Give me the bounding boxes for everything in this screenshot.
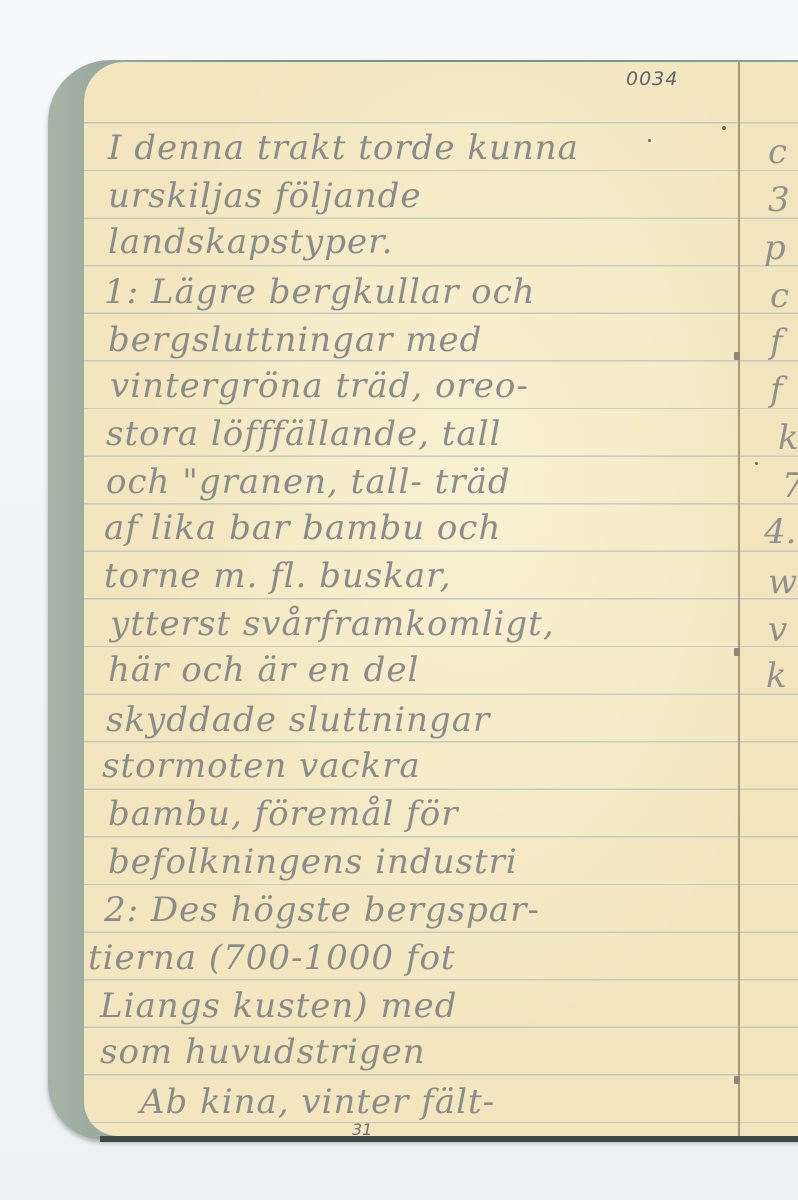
handwritten-line-14: stormoten vackra [102,746,421,786]
handwritten-line-20: som huvudstrigen [100,1032,426,1072]
binding-staple-top [734,352,740,360]
page-stamp-number: 0034 [626,68,678,90]
right-page-fragment: 4. [764,512,796,552]
right-page-fragment: f [770,370,783,410]
right-page-fragment: v [768,610,787,650]
handwritten-line-3: landskapstyper. [108,222,393,262]
right-page-fragment: 7 [782,466,798,506]
right-page-fragment: f [770,322,783,362]
handwritten-line-1: I denna trakt torde kunna [108,128,579,168]
binding-staple-mid [734,648,740,656]
handwritten-line-9: af lika bar bambu och [104,508,501,548]
right-page-fragment: w [768,562,797,602]
right-page-fragment: c [768,132,787,172]
handwritten-line-10: torne m. fl. buskar, [104,556,451,596]
handwritten-line-21: Ab kina, vinter fält- [140,1082,495,1122]
paper-fleck [648,139,651,142]
handwritten-line-13: skyddade sluttningar [106,700,490,740]
right-page-fragment: c [770,276,789,316]
notebook-bottom-edge [100,1136,798,1142]
handwritten-line-8: och "granen, tall- träd [106,462,511,502]
right-page-fragment: 3 [768,180,790,220]
handwritten-line-12: här och är en del [108,650,419,690]
paper-fleck [755,462,758,465]
handwritten-line-19: Liangs kusten) med [100,986,457,1026]
right-page-fragment: k [778,418,798,458]
handwritten-line-4: 1: Lägre bergkullar och [104,272,536,312]
right-page-fragment: k [766,656,787,696]
folio-number: 31 [352,1120,372,1139]
handwritten-line-18: tierna (700-1000 fot [88,938,456,978]
handwritten-line-15: bambu, föremål för [108,794,458,834]
handwritten-line-17: 2: Des högste bergspar- [104,890,540,930]
binding-staple-bottom [734,1076,740,1084]
handwritten-line-6: vintergröna träd, oreo- [110,366,529,406]
handwritten-line-5: bergsluttningar med [108,320,482,360]
handwritten-line-11: ytterst svårframkomligt, [110,604,555,644]
handwritten-line-2: urskiljas följande [108,176,422,216]
handwritten-line-7: stora löfffällande, tall [106,414,501,454]
paper-fleck [722,126,726,130]
right-page-fragment: p [764,228,786,268]
handwritten-line-16: befolkningens industri [108,842,518,882]
